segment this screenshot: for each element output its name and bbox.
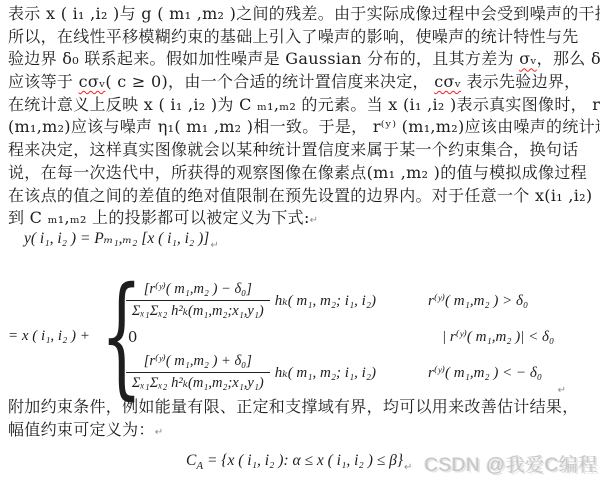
fraction-numerator: [r⁽ʸ⁾( m₁,m₂ ) − δ₀] <box>138 281 258 300</box>
paragraph-mark-icon: ↵ <box>404 462 412 473</box>
paragraph-additional-constraints: 附加约束条件，例如能量有限、正定和支撑域有界，均可以用来改善估计结果， 幅值约束… <box>8 396 598 441</box>
text-line: 到 C ₘ₁,ₘ₂ 上的投影都可以被定义为下式:↵ <box>8 207 598 230</box>
piecewise-case-3: [r⁽ʸ⁾( m₁,m₂ ) + δ₀]Σₓ₁Σₓ₂ h²ₖ(m₁,m₂;x₁,… <box>126 353 594 392</box>
piecewise-case-2: 0 | r⁽ʸ⁾( m₁,m₂ )| < δ₀ <box>126 327 594 346</box>
formula-factor: hₖ( m₁, m₂; i₁, i₂) <box>275 363 376 382</box>
text-line: 所以，在线性平移模糊约束的基础上引入了噪声的影响，使噪声的统计特性与先 <box>8 26 598 49</box>
paragraph-mark-icon: ↵ <box>155 427 164 438</box>
formula-piecewise: = x ( i₁, i₂ ) + { [r⁽ʸ⁾( m₁,m₂ ) − δ₀]Σ… <box>8 277 594 396</box>
spellcheck-underline: σᵥ <box>519 49 536 68</box>
formula-projection: y( i₁, i₂ ) = Pₘ₁,ₘ₂ [x ( i₁, i₂ )]↵ <box>24 229 218 248</box>
text-segment: 应该等于 <box>8 72 79 91</box>
fraction: [r⁽ʸ⁾( m₁,m₂ ) + δ₀]Σₓ₁Σₓ₂ h²ₖ(m₁,m₂;x₁,… <box>126 353 270 392</box>
text-segment: 幅值约束可定义为： <box>8 420 155 439</box>
case-condition: | r⁽ʸ⁾( m₁,m₂ )| < δ₀ <box>428 327 586 346</box>
piecewise-case-1: [r⁽ʸ⁾( m₁,m₂ ) − δ₀]Σₓ₁Σₓ₂ h²ₖ(m₁,m₂;x₁,… <box>126 281 594 320</box>
text-segment: ( c ≥ 0)，由一个合适的统计置信度来决定， <box>105 72 434 91</box>
text-line: 在统计意义上反映 x ( i₁ ,i₂ )为 C ₘ₁,ₘ₂ 的元素。当 x (… <box>8 94 598 117</box>
paragraph-mark-icon: ↵ <box>310 215 319 226</box>
text-line: 应该等于 cσᵥ( c ≥ 0)，由一个合适的统计置信度来决定， cσᵥ 表示先… <box>8 71 598 94</box>
text-line: 在该点的值之间的差值的绝对值限制在预先设置的边界内。对于任意一个 x(i₁ ,i… <box>8 185 598 208</box>
formula-factor: hₖ( m₁, m₂; i₁, i₂) <box>275 291 376 310</box>
text-line: 程来决定，这样真实图像就会以某种统计置信度来属于某一个约束集合，换句话 <box>8 139 598 162</box>
paragraph-residual-noise: 表示 x ( i₁ ,i₂ )与 g ( m₁ ,m₂ )之间的残差。由于实际成… <box>8 3 598 230</box>
formula-text: = {x ( i₁, i₂ ): α ≤ x ( i₁, i₂ ) ≤ β} <box>203 452 403 469</box>
text-line: 验边界 δ₀ 联系起来。假如加性噪声是 Gaussian 分布的，且其方差为 σ… <box>8 48 598 71</box>
formula-lead: = x ( i₁, i₂ ) + <box>8 328 90 345</box>
text-line: 说，在每一次迭代中，所获得的观察图像在像素点(m₁ ,m₂ )的值与模拟成像过程 <box>8 162 598 185</box>
text-segment: ，那么 δ₀ <box>537 49 600 68</box>
text-segment: 验边界 δ₀ 联系起来。假如加性噪声是 Gaussian 分布的，且其方差为 <box>8 49 519 68</box>
formula-text: C <box>186 452 196 469</box>
fraction-denominator: Σₓ₁Σₓ₂ h²ₖ(m₁,m₂;x₁,y₁) <box>126 300 270 320</box>
piecewise-cases: [r⁽ʸ⁾( m₁,m₂ ) − δ₀]Σₓ₁Σₓ₂ h²ₖ(m₁,m₂;x₁,… <box>126 281 594 392</box>
spellcheck-underline: cσᵥ <box>434 72 461 91</box>
spellcheck-underline: cσᵥ <box>79 72 106 91</box>
text-line: 表示 x ( i₁ ,i₂ )与 g ( m₁ ,m₂ )之间的残差。由于实际成… <box>8 3 598 26</box>
text-line: 附加约束条件，例如能量有限、正定和支撑域有界，均可以用来改善估计结果， <box>8 396 598 419</box>
formula-text: y( i₁, i₂ ) = Pₘ₁,ₘ₂ [x ( i₁, i₂ )] <box>24 230 209 247</box>
text-segment: 表示先验边界， <box>461 72 581 91</box>
fraction: [r⁽ʸ⁾( m₁,m₂ ) − δ₀]Σₓ₁Σₓ₂ h²ₖ(m₁,m₂;x₁,… <box>126 281 270 320</box>
text-segment: 到 C ₘ₁,ₘ₂ 上的投影都可以被定义为下式: <box>8 208 310 227</box>
formula-amplitude-constraint: CA = {x ( i₁, i₂ ): α ≤ x ( i₁, i₂ ) ≤ β… <box>186 451 411 472</box>
paragraph-mark-icon: ↵ <box>558 385 566 396</box>
text-line: 幅值约束可定义为：↵ <box>8 419 598 442</box>
fraction-numerator: [r⁽ʸ⁾( m₁,m₂ ) + δ₀] <box>138 353 258 372</box>
paragraph-mark-icon: ↵ <box>210 240 218 251</box>
case-condition: r⁽ʸ⁾( m₁,m₂ ) > δ₀ <box>428 291 586 310</box>
csdn-watermark: CSDN @我爱C编程 <box>424 450 598 477</box>
case-condition: r⁽ʸ⁾( m₁,m₂ ) < − δ₀ <box>428 363 586 382</box>
text-line: (m₁,m₂)应该与噪声 η₁( m₁ ,m₂ )相一致。于是， r⁽ʸ⁾ (m… <box>8 116 598 139</box>
document-page: 表示 x ( i₁ ,i₂ )与 g ( m₁ ,m₂ )之间的残差。由于实际成… <box>0 0 600 487</box>
curly-brace: { <box>100 279 121 394</box>
fraction-denominator: Σₓ₁Σₓ₂ h²ₖ(m₁,m₂;x₁,y₁) <box>126 372 270 392</box>
